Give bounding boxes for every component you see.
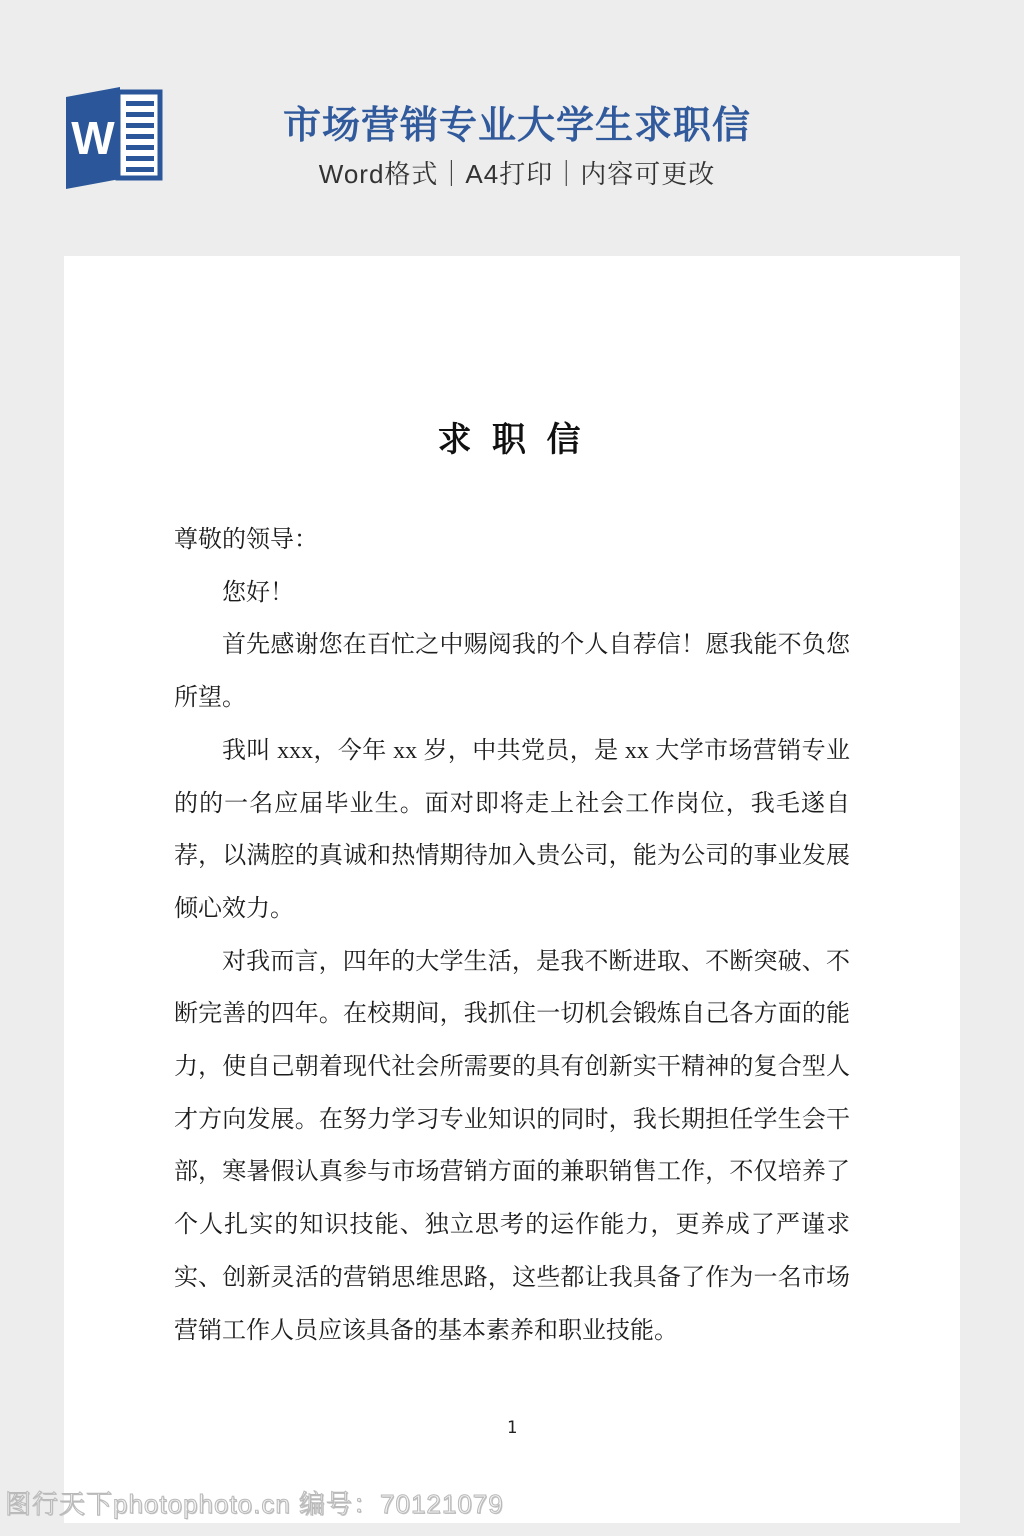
template-title: 市场营销专业大学生求职信 bbox=[0, 94, 1024, 149]
letter-title: 求 职 信 bbox=[64, 412, 960, 461]
letter-salutation: 尊敬的领导： bbox=[174, 514, 850, 567]
letter-paragraph: 首先感谢您在百忙之中赐阅我的个人自荐信！愿我能不负您所望。 bbox=[174, 619, 850, 724]
letter-body: 尊敬的领导： 您好！ 首先感谢您在百忙之中赐阅我的个人自荐信！愿我能不负您所望。… bbox=[174, 514, 850, 1357]
document-page: 求 职 信 尊敬的领导： 您好！ 首先感谢您在百忙之中赐阅我的个人自荐信！愿我能… bbox=[64, 256, 960, 1523]
letter-greeting: 您好！ bbox=[174, 567, 850, 620]
site-watermark: 图行天下photophoto.cn 编号：70121079 bbox=[5, 1484, 504, 1521]
letter-paragraph: 对我而言，四年的大学生活，是我不断进取、不断突破、不断完善的四年。在校期间，我抓… bbox=[174, 936, 850, 1358]
template-preview: W 市场营销专业大学生求职信 Word格式｜A4打印｜内容可更改 求 职 信 尊… bbox=[0, 0, 1024, 1536]
page-number: 1 bbox=[64, 1418, 960, 1438]
letter-paragraph: 我叫 xxx，今年 xx 岁，中共党员，是 xx 大学市场营销专业的的一名应届毕… bbox=[174, 725, 850, 936]
template-subtitle: Word格式｜A4打印｜内容可更改 bbox=[0, 154, 1024, 191]
